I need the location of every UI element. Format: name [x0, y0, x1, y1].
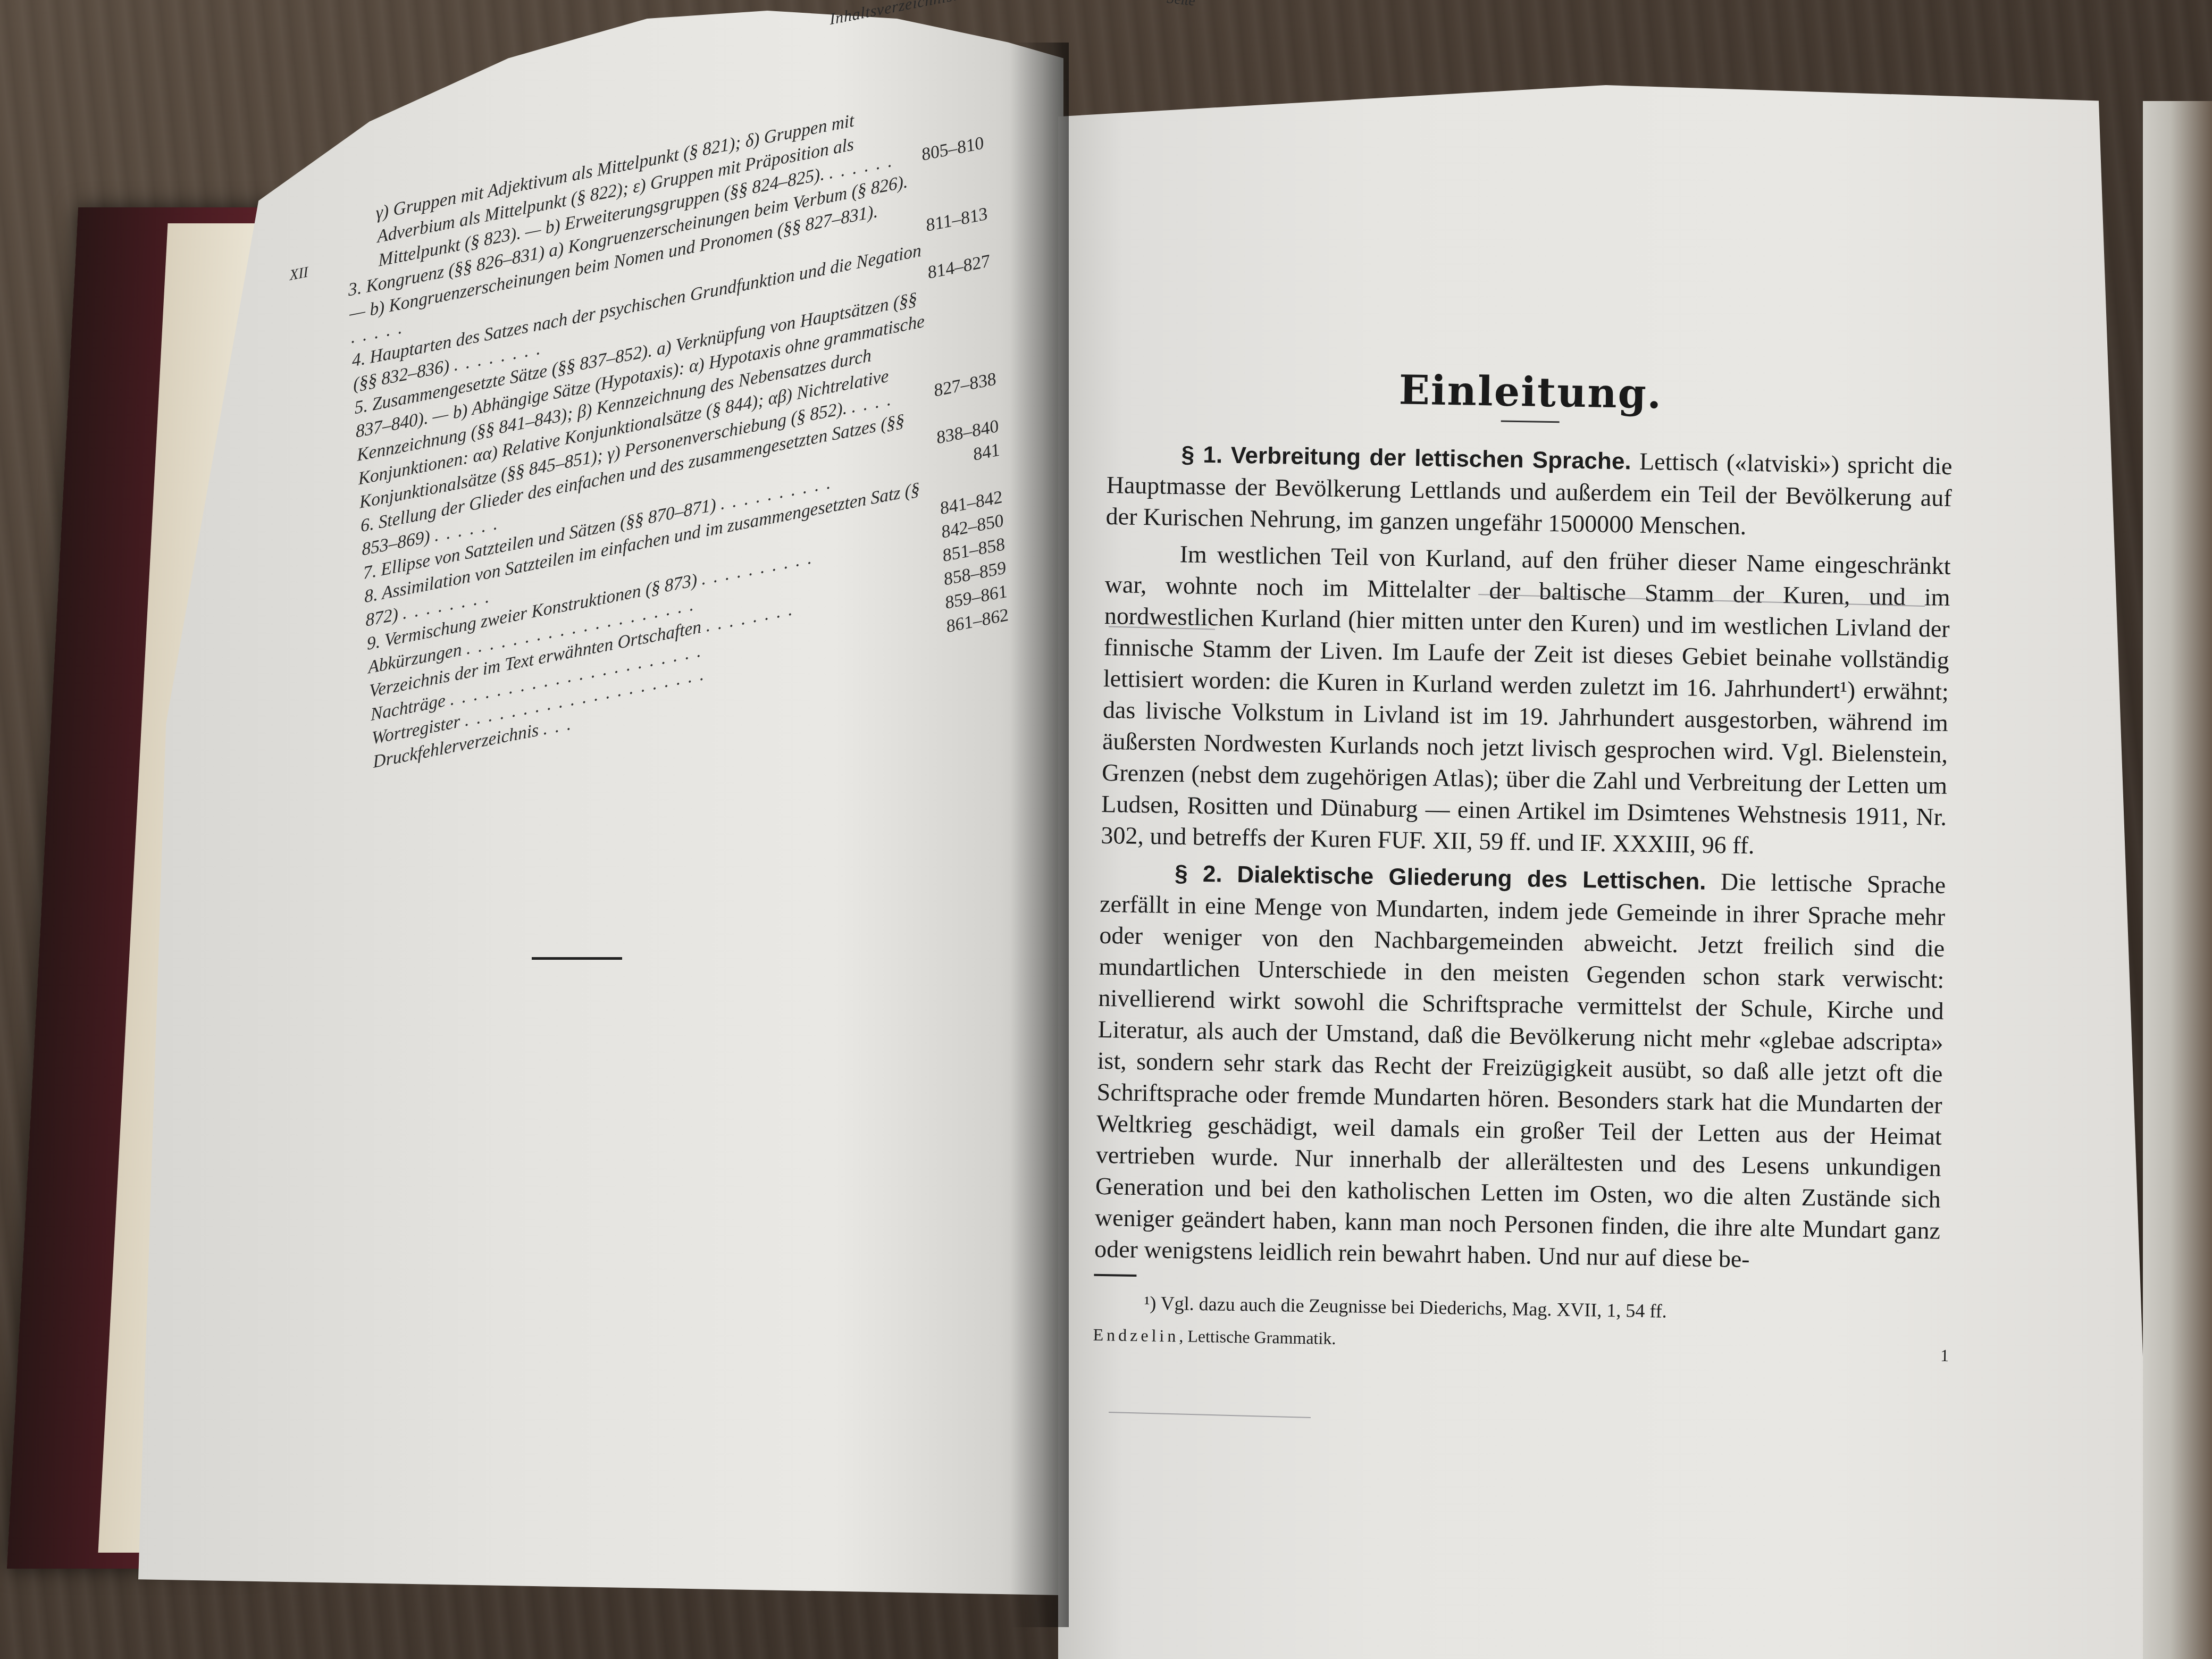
chapter-title: Einleitung.	[1108, 362, 1954, 422]
footnote: ¹) Vgl. dazu auch die Zeugnisse bei Died…	[1093, 1290, 1939, 1328]
chapter-content: Einleitung. § 1. Verbreitung der lettisc…	[1093, 340, 1954, 1365]
section-2-paragraph: § 2. Dialektische Gliederung des Lettisc…	[1094, 856, 1946, 1278]
footnote-rule	[1094, 1274, 1136, 1277]
footer-author: Endzelin	[1093, 1325, 1179, 1346]
page-number-roman: XII	[289, 264, 309, 284]
toc-list: γ) Gruppen mit Adjektivum als Mittelpunk…	[344, 96, 948, 774]
section-2-heading: Dialektische Gliederung des Lettischen.	[1237, 861, 1706, 895]
section-2-text: Die lettische Sprache zerfällt in eine M…	[1094, 868, 1946, 1272]
section-2-number: § 2.	[1175, 860, 1222, 887]
section-1-heading: Verbreitung der lettischen Sprache.	[1230, 442, 1631, 475]
right-page-edge	[2143, 101, 2212, 1659]
end-rule	[532, 957, 622, 960]
page-number: 1	[1940, 1346, 1949, 1365]
footer-title: , Lettische Grammatik.	[1179, 1326, 1336, 1348]
section-1-paragraph-2: Im westlichen Teil von Kurland, auf den …	[1101, 537, 1951, 864]
book-gutter-shadow	[1010, 43, 1069, 1627]
section-1-number: § 1.	[1181, 441, 1222, 468]
section-1-paragraph: § 1. Verbreitung der lettischen Sprache.…	[1105, 437, 1953, 545]
title-rule	[1501, 421, 1560, 423]
